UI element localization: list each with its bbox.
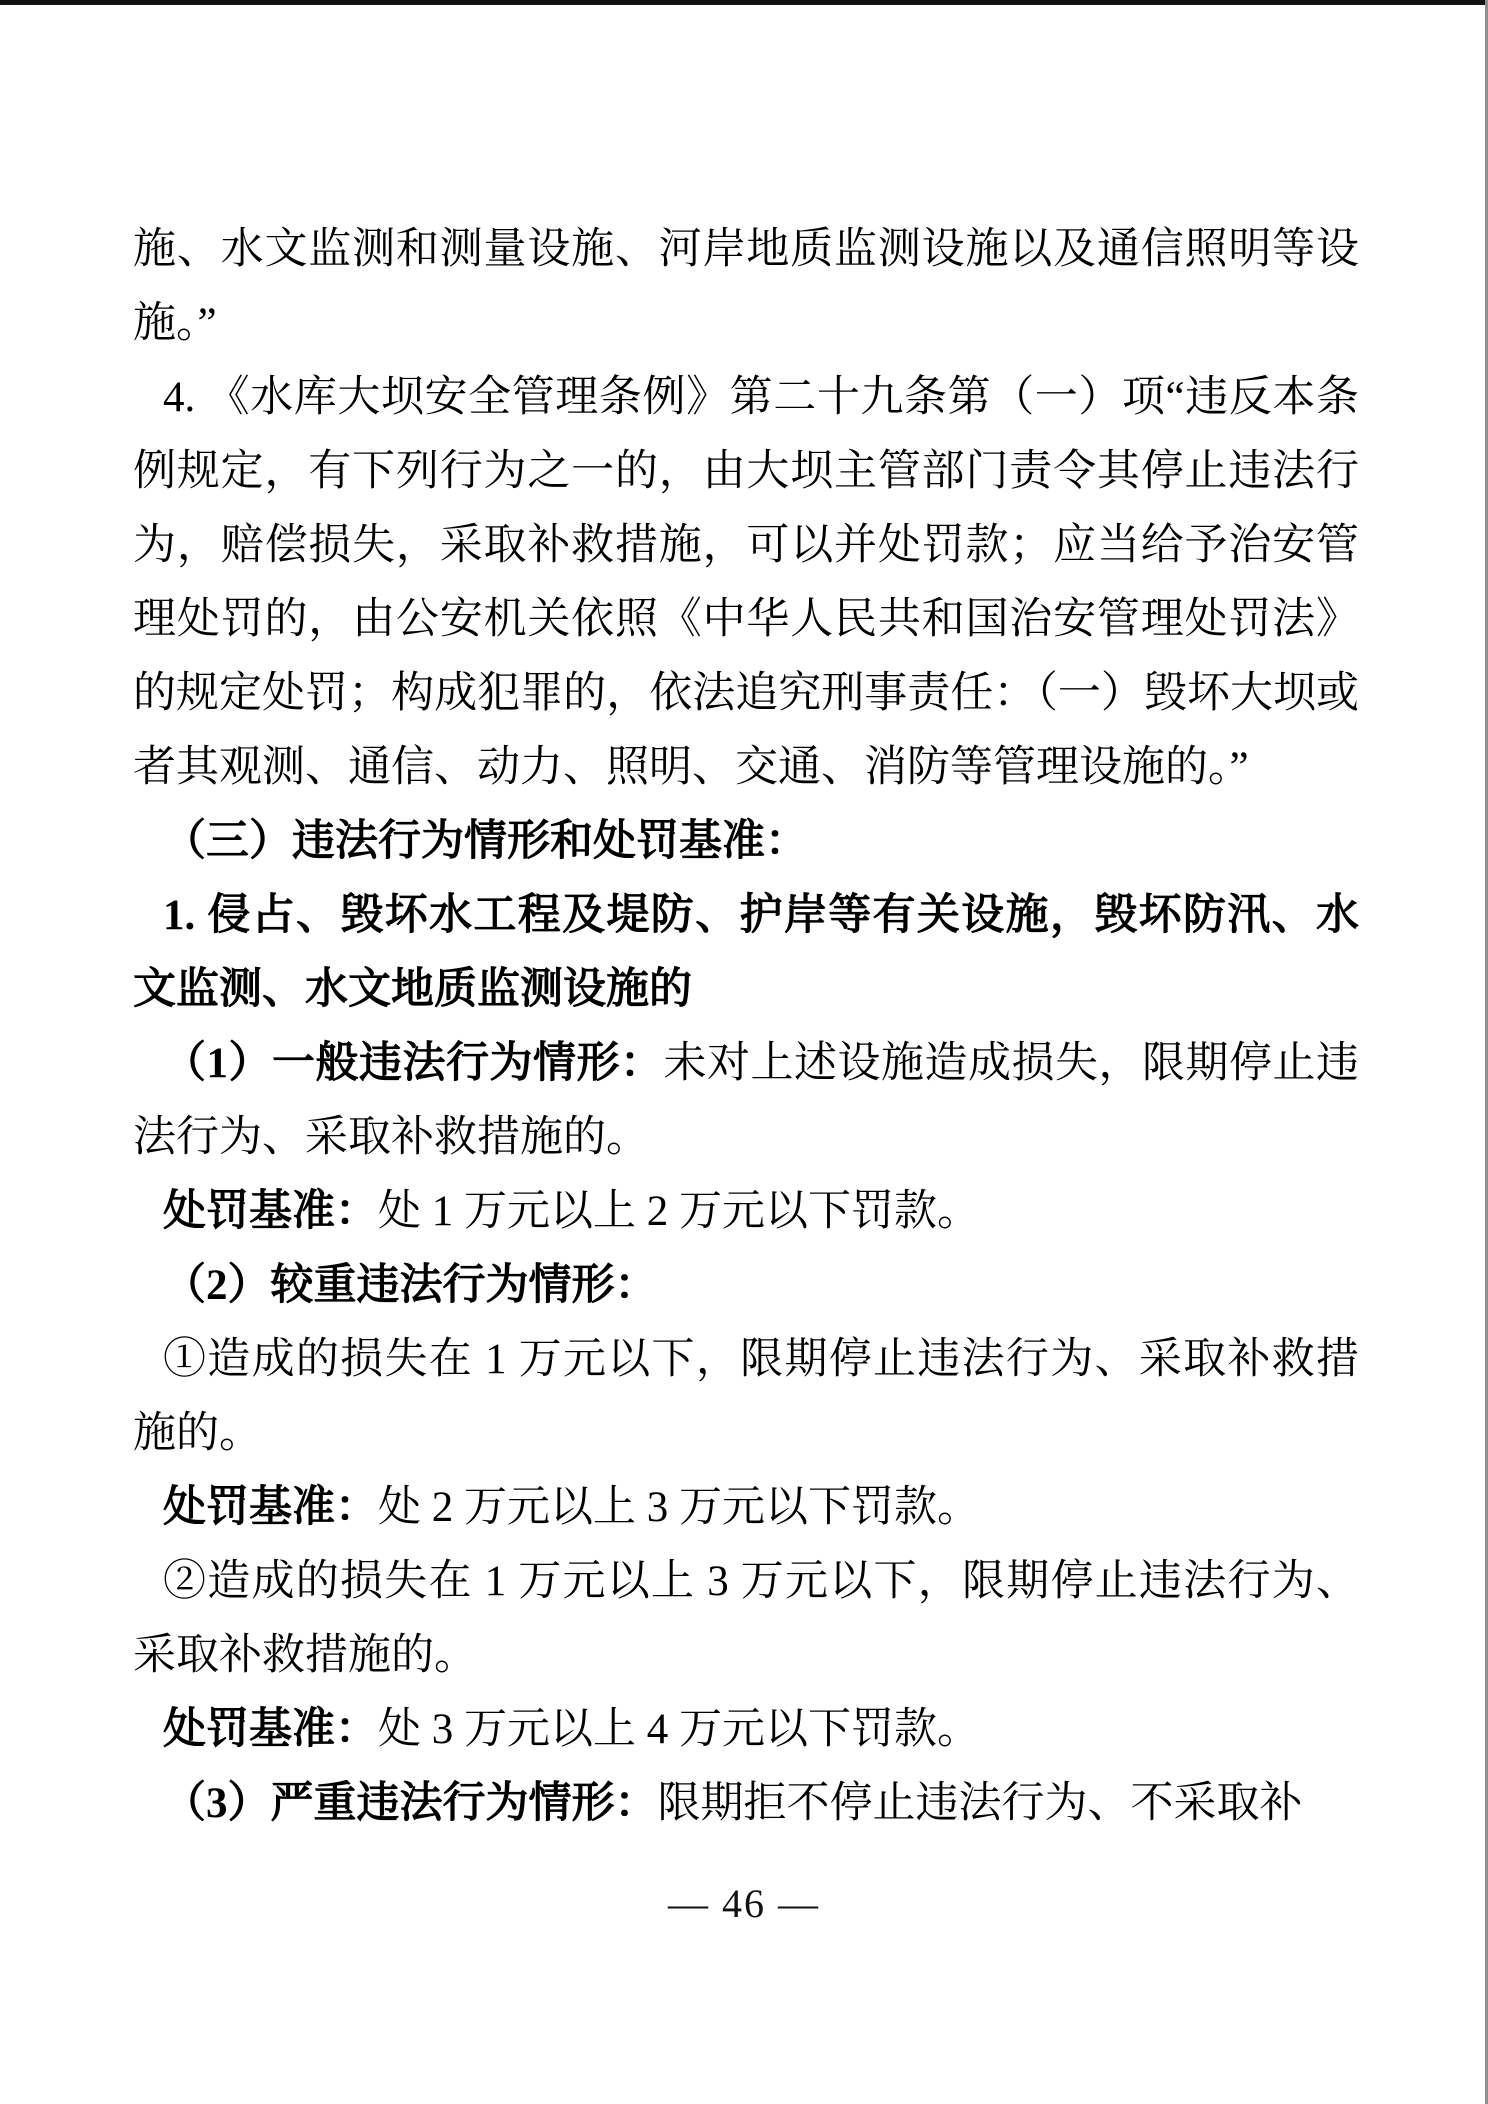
bold-text-run: 处罚基准： <box>163 1484 378 1531</box>
text-run: 处 3 万元以上 4 万元以下罚款。 <box>378 1706 980 1753</box>
bold-text-run: （1）一般违法行为情形： <box>163 1040 664 1087</box>
bold-text-run: （三）违法行为情形和处罚基准： <box>163 818 808 865</box>
text-run: 施、水文监测和测量设施、河岸地质监测设施以及通信照明等设施。” <box>133 226 1359 347</box>
bold-text-run: 处罚基准： <box>163 1188 378 1235</box>
document-page: 施、水文监测和测量设施、河岸地质监测设施以及通信照明等设施。”4. 《水库大坝安… <box>0 0 1488 2104</box>
paragraph: （1）一般违法行为情形：未对上述设施造成损失，限期停止违法行为、采取补救措施的。 <box>133 1027 1359 1175</box>
paragraph: 处罚基准：处 2 万元以上 3 万元以下罚款。 <box>133 1471 1359 1545</box>
text-run: 限期拒不停止违法行为、不采取补 <box>658 1780 1303 1827</box>
page-top-border-line <box>0 0 1488 5</box>
bold-text-run: 1. 侵占、毁坏水工程及堤防、护岸等有关设施，毁坏防汛、水文监测、水文地质监测设… <box>133 892 1359 1013</box>
paragraph: （三）违法行为情形和处罚基准： <box>133 805 1359 879</box>
paragraph: （2）较重违法行为情形： <box>133 1249 1359 1323</box>
bold-text-run: 处罚基准： <box>163 1706 378 1753</box>
paragraph: 处罚基准：处 1 万元以上 2 万元以下罚款。 <box>133 1175 1359 1249</box>
text-run: ②造成的损失在 1 万元以上 3 万元以下，限期停止违法行为、采取补救措施的。 <box>133 1558 1359 1679</box>
page-number: — 46 — <box>668 1881 820 1926</box>
paragraph: 4. 《水库大坝安全管理条例》第二十九条第（一）项“违反本条例规定，有下列行为之… <box>133 361 1359 805</box>
bold-text-run: （3）严重违法行为情形： <box>163 1780 658 1827</box>
text-run: ①造成的损失在 1 万元以下，限期停止违法行为、采取补救措施的。 <box>133 1336 1359 1457</box>
page-footer: — 46 — <box>0 1880 1488 1928</box>
paragraph: （3）严重违法行为情形：限期拒不停止违法行为、不采取补 <box>133 1767 1359 1841</box>
paragraph: 1. 侵占、毁坏水工程及堤防、护岸等有关设施，毁坏防汛、水文监测、水文地质监测设… <box>133 879 1359 1027</box>
paragraph: 施、水文监测和测量设施、河岸地质监测设施以及通信照明等设施。” <box>133 213 1359 361</box>
paragraph: 处罚基准：处 3 万元以上 4 万元以下罚款。 <box>133 1693 1359 1767</box>
text-run: 处 1 万元以上 2 万元以下罚款。 <box>378 1188 980 1235</box>
bold-text-run: （2）较重违法行为情形： <box>163 1262 658 1309</box>
paragraph: ②造成的损失在 1 万元以上 3 万元以下，限期停止违法行为、采取补救措施的。 <box>133 1545 1359 1693</box>
paragraph: ①造成的损失在 1 万元以下，限期停止违法行为、采取补救措施的。 <box>133 1323 1359 1471</box>
text-run: 4. 《水库大坝安全管理条例》第二十九条第（一）项“违反本条例规定，有下列行为之… <box>133 374 1359 791</box>
document-body: 施、水文监测和测量设施、河岸地质监测设施以及通信照明等设施。”4. 《水库大坝安… <box>133 213 1359 1841</box>
text-run: 处 2 万元以上 3 万元以下罚款。 <box>378 1484 980 1531</box>
